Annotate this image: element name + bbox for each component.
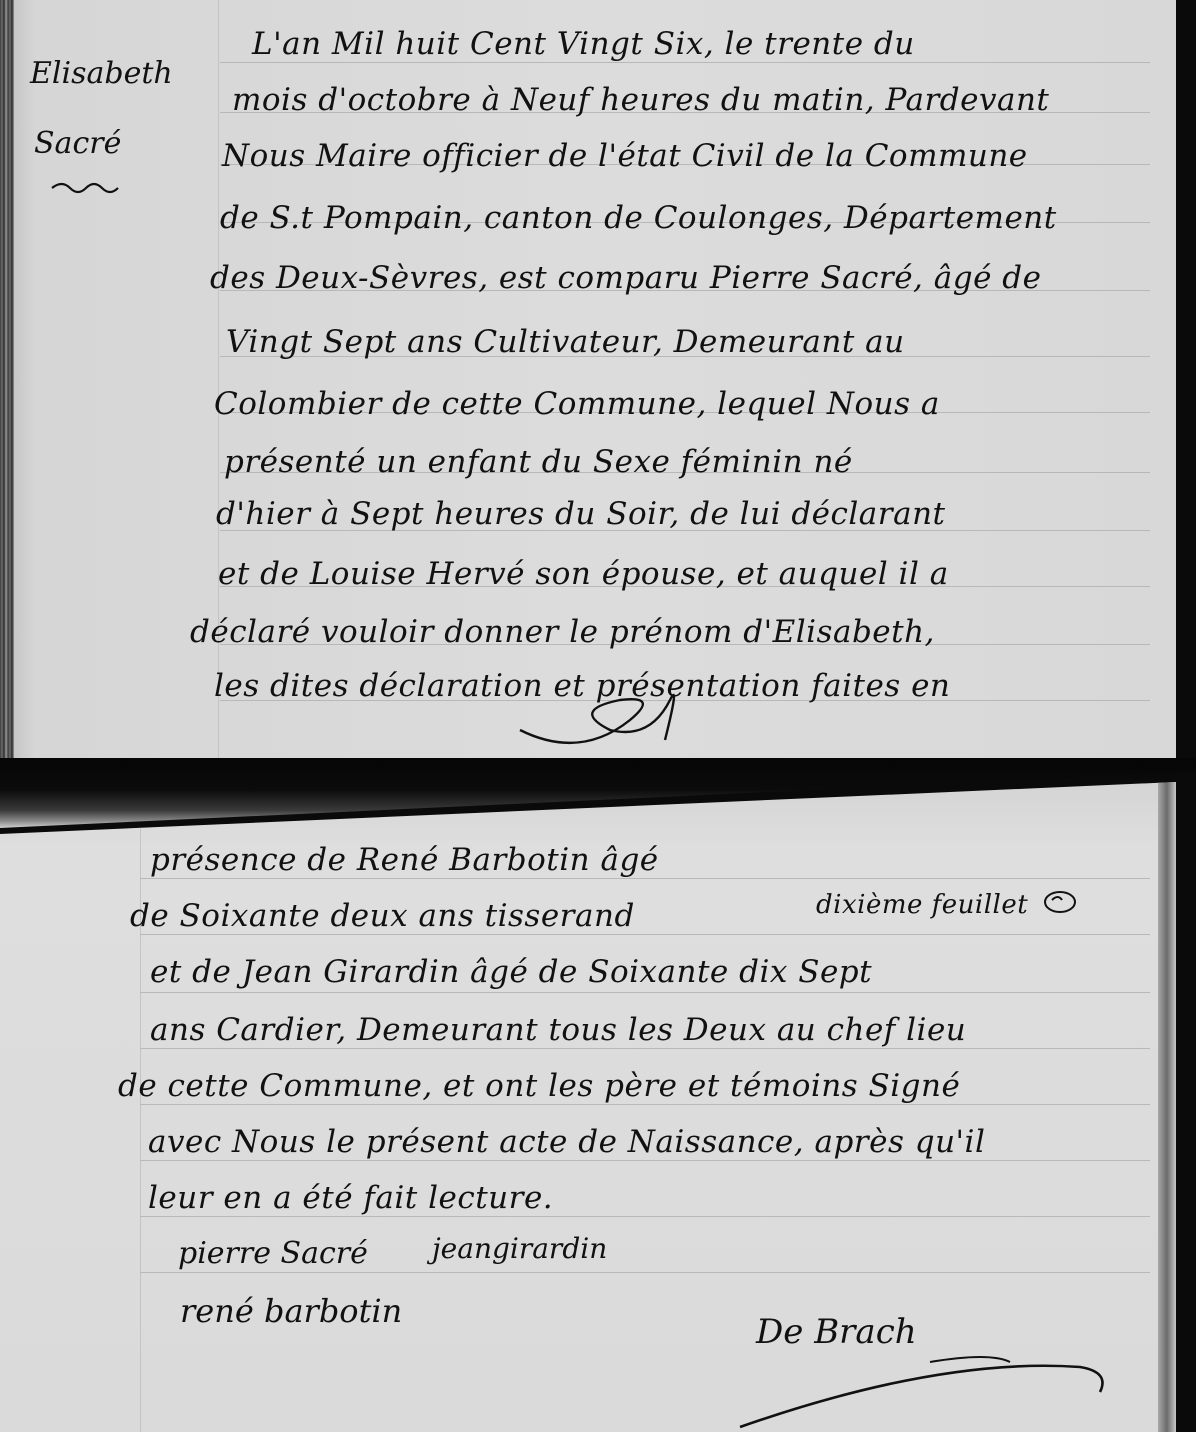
text-line-3: Nous Maire officier de l'état Civil de l…: [222, 138, 1028, 174]
page-edge: [1176, 0, 1186, 758]
text-line-17: de cette Commune, et ont les père et tém…: [118, 1068, 960, 1104]
ruled-line: [140, 992, 1150, 993]
page-binding: [0, 0, 14, 758]
ruled-line: [140, 1048, 1150, 1049]
text-line-16: ans Cardier, Demeurant tous les Deux au …: [150, 1012, 966, 1048]
margin-rule: [140, 782, 141, 1432]
text-line-6: Vingt Sept ans Cultivateur, Demeurant au: [226, 324, 905, 360]
text-line-13: présence de René Barbotin âgé: [150, 842, 659, 878]
ruled-line: [140, 878, 1150, 879]
margin-flourish-icon: [48, 176, 128, 196]
ink-flourish-icon: [500, 690, 740, 758]
text-line-1: L'an Mil huit Cent Vingt Six, le trente …: [252, 26, 915, 62]
interlinear-addition: dixième feuillet: [816, 890, 1028, 920]
ruled-line: [140, 1216, 1150, 1217]
margin-first-name: Elisabeth: [30, 56, 173, 91]
insertion-mark-icon: [1040, 886, 1080, 918]
signature-father: pierre Sacré: [178, 1236, 368, 1271]
text-line-5: des Deux-Sèvres, est comparu Pierre Sacr…: [210, 260, 1041, 296]
lower-register-page: présence de René Barbotin âgé de Soixant…: [0, 782, 1176, 1432]
margin-surname: Sacré: [34, 126, 121, 161]
ruled-line: [140, 1104, 1150, 1105]
text-line-18: avec Nous le présent acte de Naissance, …: [148, 1124, 985, 1160]
text-line-19: leur en a été fait lecture.: [148, 1180, 553, 1216]
text-line-7: Colombier de cette Commune, lequel Nous …: [214, 386, 940, 422]
text-line-8: présenté un enfant du Sexe féminin né: [224, 444, 853, 480]
ruled-line: [140, 1272, 1150, 1273]
text-line-2: mois d'octobre à Neuf heures du matin, P…: [232, 82, 1049, 118]
signature-witness-girardin: jeangirardin: [432, 1232, 607, 1265]
ruled-line: [140, 1160, 1150, 1161]
text-line-15: et de Jean Girardin âgé de Soixante dix …: [150, 954, 872, 990]
ruled-line: [140, 934, 1150, 935]
text-line-10: et de Louise Hervé son épouse, et auquel…: [218, 556, 949, 592]
text-line-9: d'hier à Sept heures du Soir, de lui déc…: [216, 496, 946, 532]
text-line-14: de Soixante deux ans tisserand: [130, 898, 635, 934]
upper-register-page: Elisabeth Sacré L'an Mil huit Cent Vingt…: [0, 0, 1186, 758]
page-edge: [1158, 782, 1176, 1432]
signature-witness-barbotin: rené barbotin: [180, 1292, 402, 1330]
text-line-4: de S.t Pompain, canton de Coulonges, Dép…: [220, 200, 1057, 236]
mayor-signature-flourish-icon: [700, 1342, 1120, 1432]
text-line-11: déclaré vouloir donner le prénom d'Elisa…: [190, 614, 935, 650]
ruled-line: [220, 62, 1150, 63]
